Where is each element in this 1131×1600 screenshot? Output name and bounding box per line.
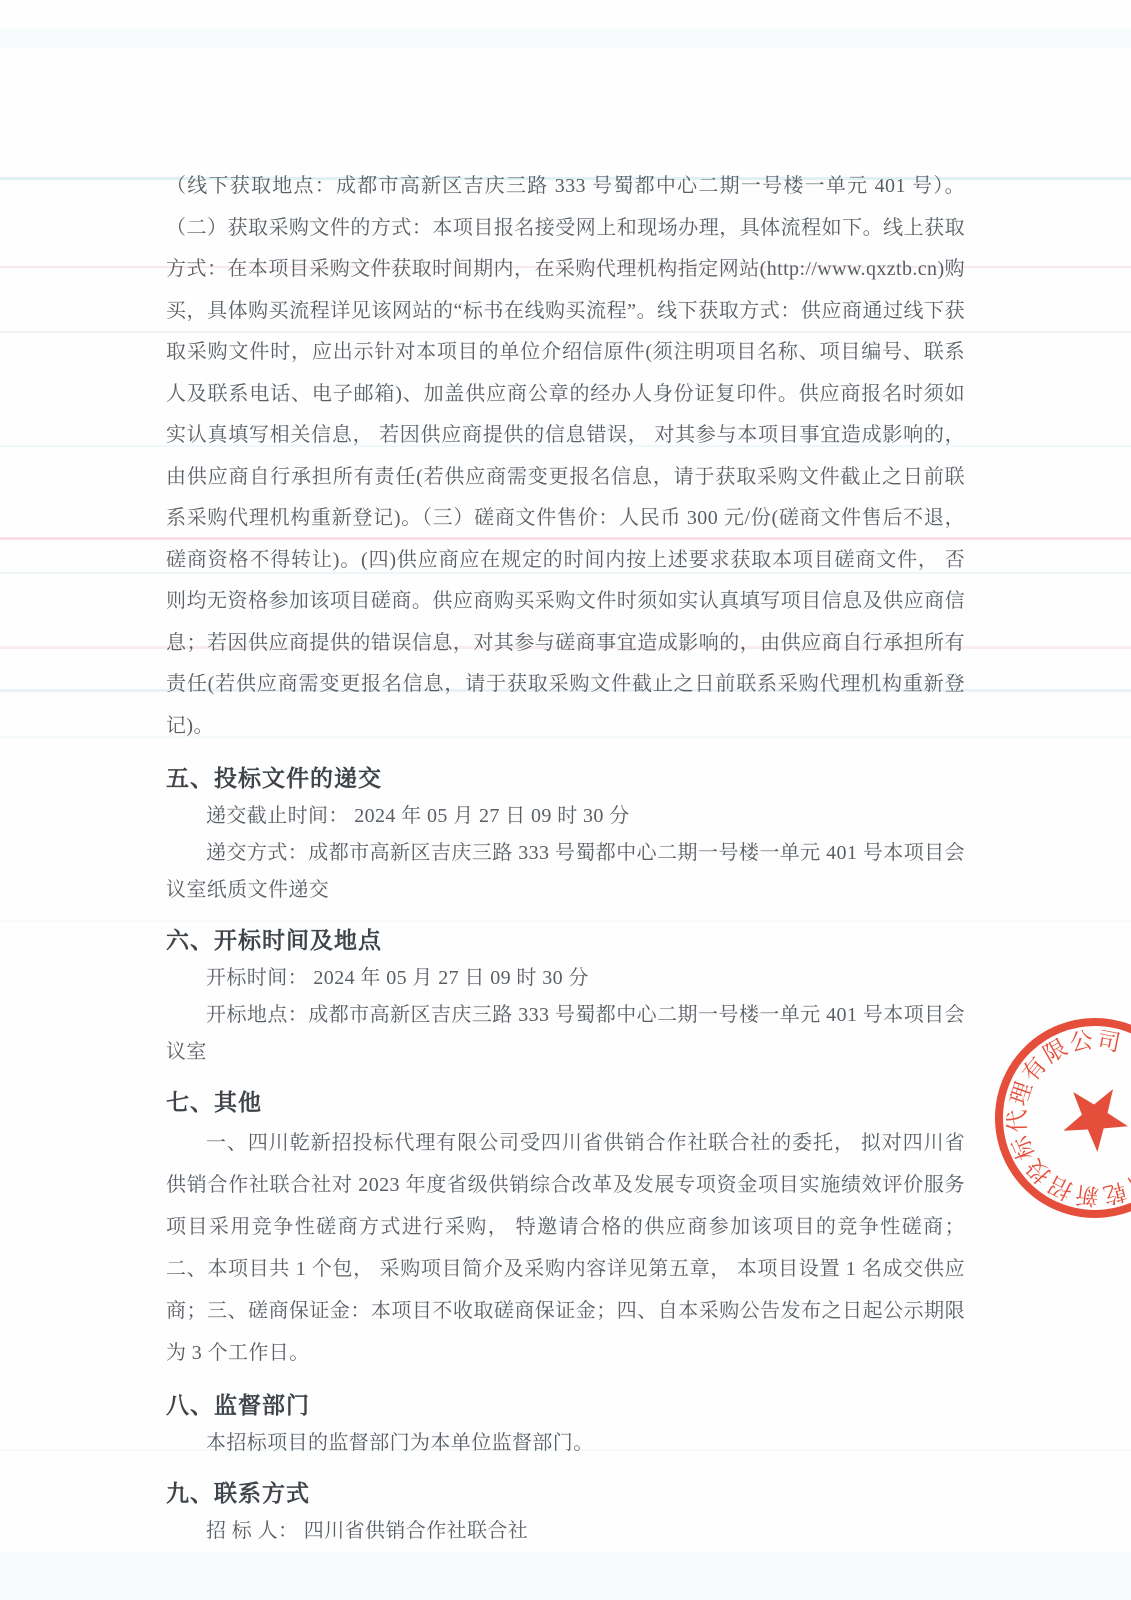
others-paragraph: 一、四川乾新招投标代理有限公司受四川省供销合作社联合社的委托， 拟对四川省供销合… <box>166 1122 965 1374</box>
official-seal: 四川乾新招投标代理有限公司 <box>975 998 1131 1238</box>
tenderer-line: 招 标 人： 四川省供销合作社联合社 <box>166 1513 965 1550</box>
section-heading-supervision: 八、监督部门 <box>166 1391 965 1419</box>
opening-place-line: 开标地点：成都市高新区吉庆三路 333 号蜀都中心二期一号楼一单元 401 号本… <box>166 997 965 1071</box>
supervision-line: 本招标项目的监督部门为本单位监督部门。 <box>166 1425 965 1462</box>
scan-artifact-line <box>0 28 1131 48</box>
scan-artifact-line <box>0 1552 1131 1600</box>
opening-time-line: 开标时间： 2024 年 05 月 27 日 09 时 30 分 <box>166 960 965 997</box>
submission-method-line: 递交方式：成都市高新区吉庆三路 333 号蜀都中心二期一号楼一单元 401 号本… <box>166 835 965 909</box>
intro-paragraph: （线下获取地点：成都市高新区吉庆三路 333 号蜀都中心二期一号楼一单元 401… <box>166 166 965 747</box>
document-page: （线下获取地点：成都市高新区吉庆三路 333 号蜀都中心二期一号楼一单元 401… <box>0 0 1131 1600</box>
section-heading-others: 七、其他 <box>166 1088 965 1116</box>
section-heading-bid-opening: 六、开标时间及地点 <box>166 926 965 954</box>
section-heading-contact: 九、联系方式 <box>166 1479 965 1507</box>
page-content: （线下获取地点：成都市高新区吉庆三路 333 号蜀都中心二期一号楼一单元 401… <box>166 166 965 1550</box>
seal-star-icon <box>1051 1078 1131 1161</box>
submission-deadline-line: 递交截止时间： 2024 年 05 月 27 日 09 时 30 分 <box>166 798 965 835</box>
section-heading-bid-submission: 五、投标文件的递交 <box>166 764 965 792</box>
